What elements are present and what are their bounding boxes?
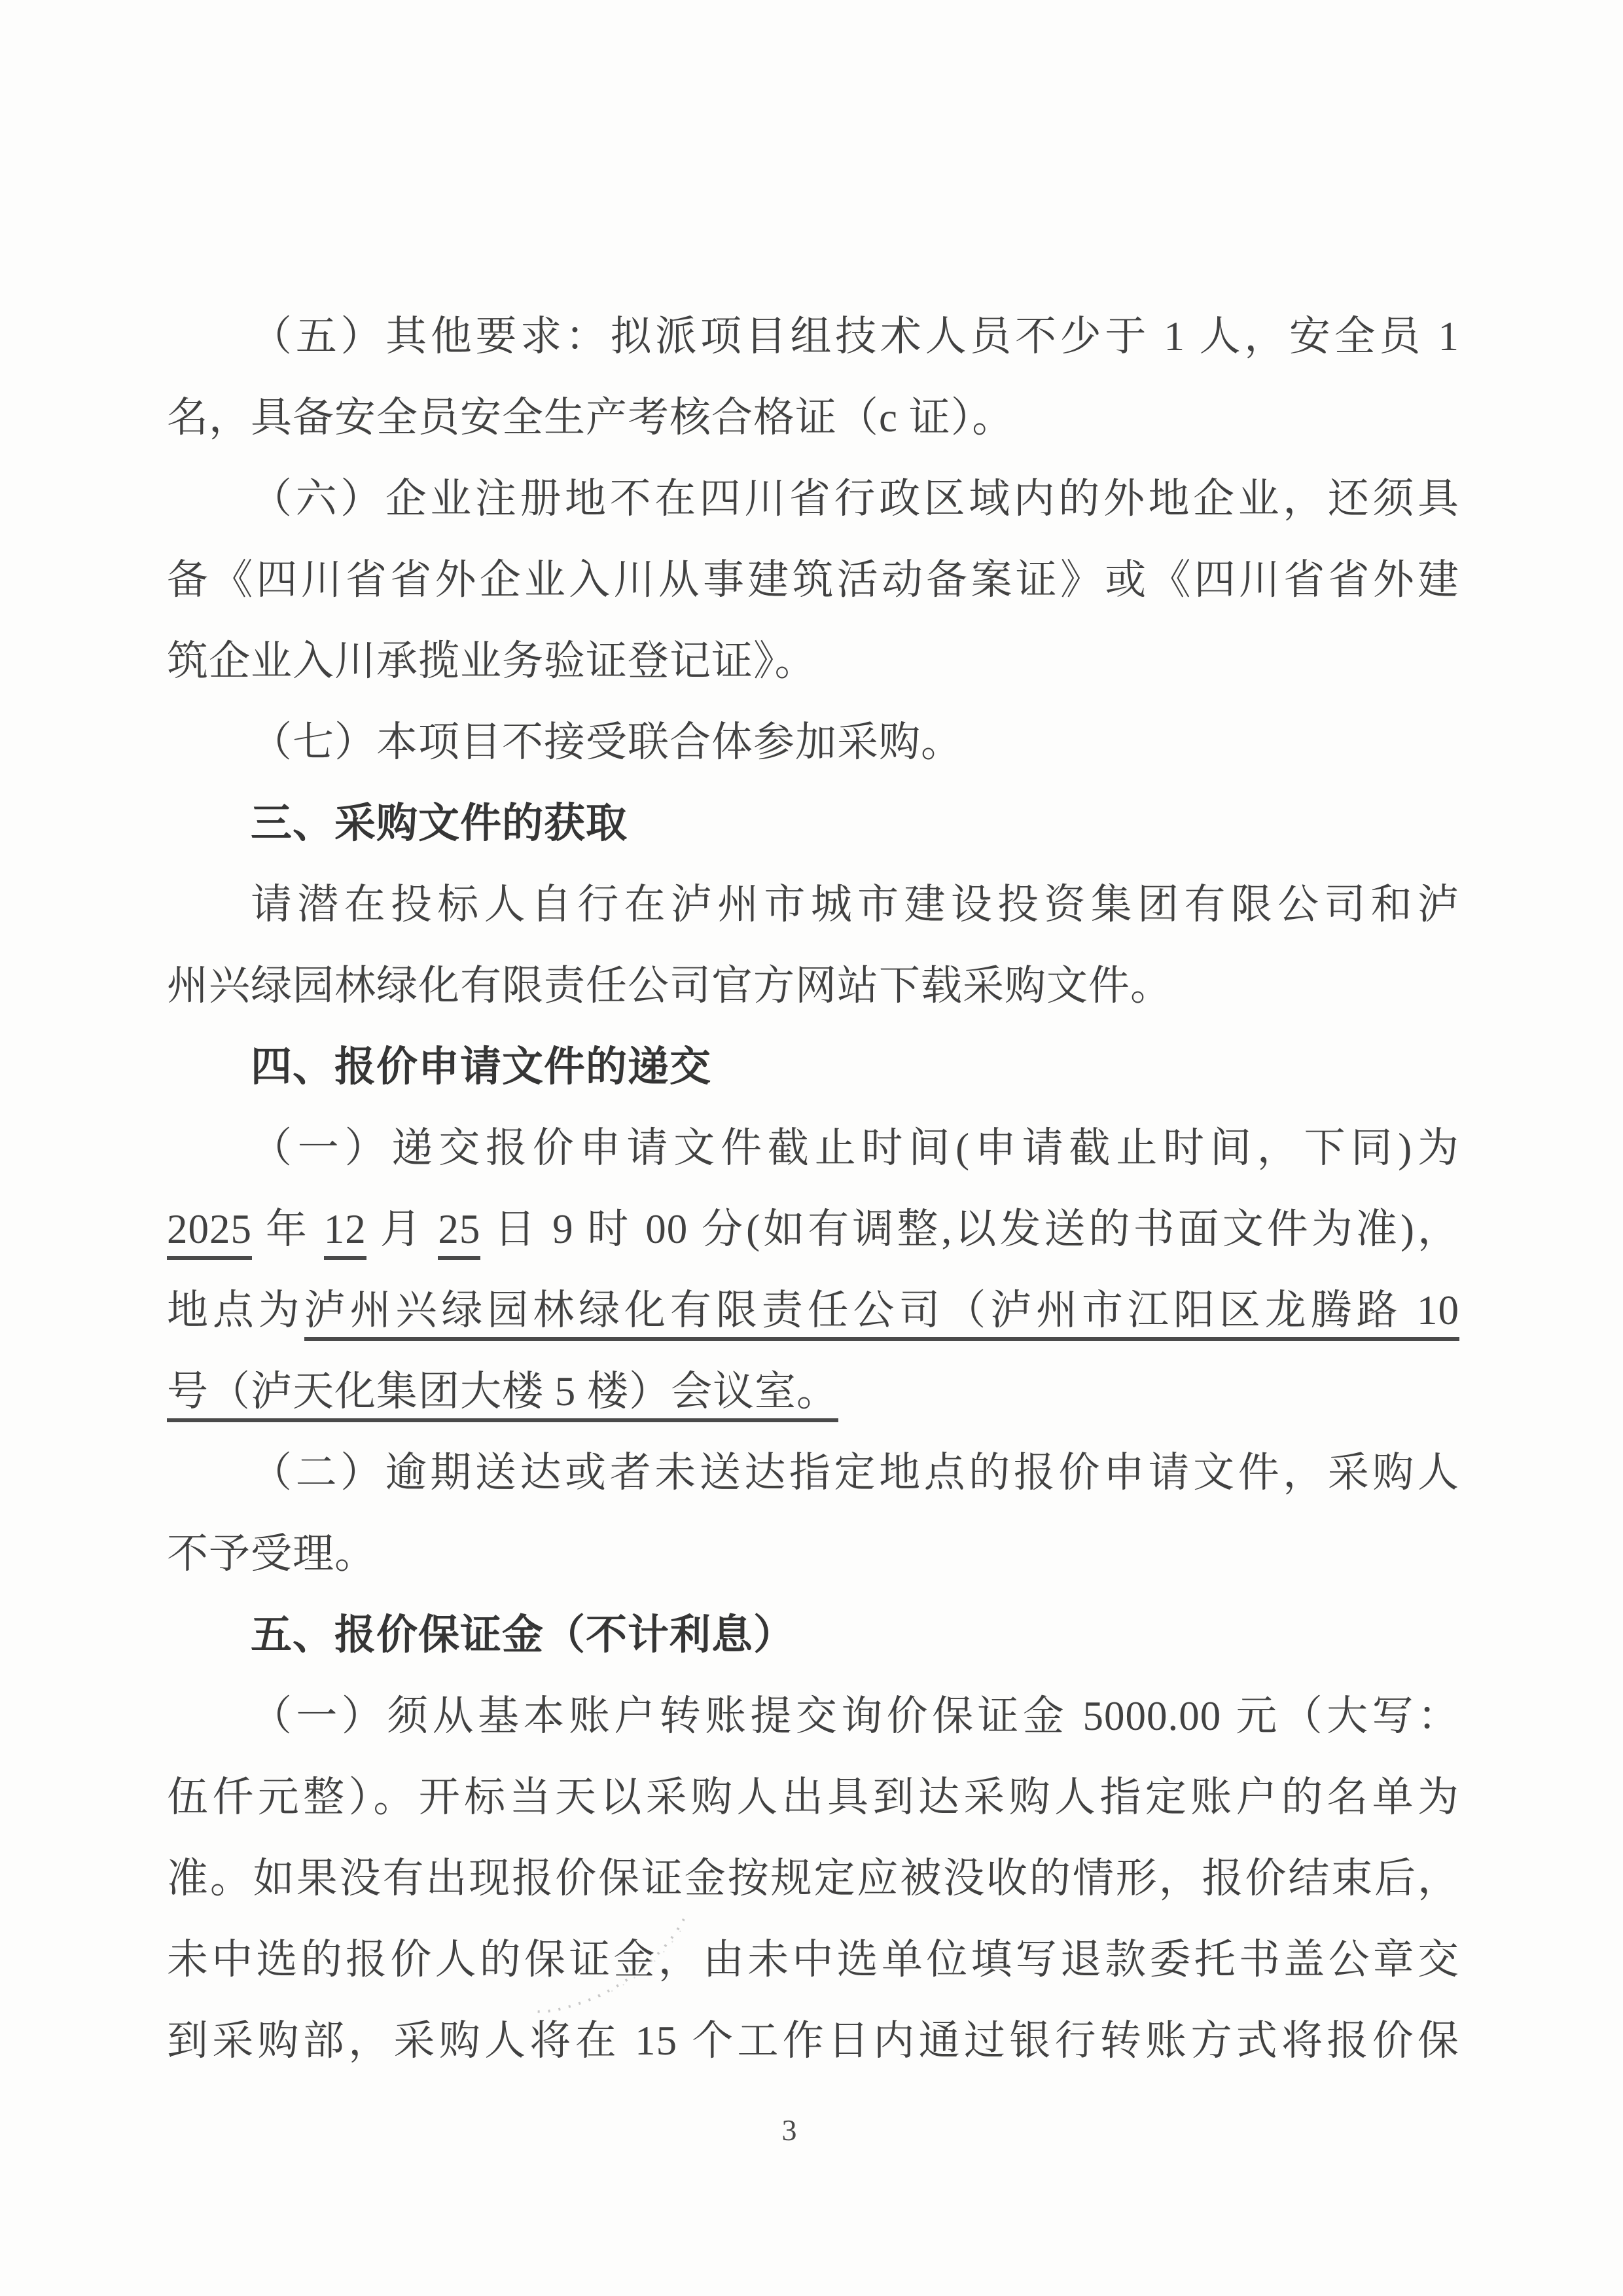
section-heading: 五、报价保证金（不计利息）: [167, 1594, 1459, 1676]
page-number: 3: [0, 2113, 1601, 2147]
text-line: 号（泸天化集团大楼 5 楼）会议室。: [167, 1351, 1459, 1432]
text-segment: 不予受理。: [167, 1531, 376, 1577]
text-segment: 月: [366, 1206, 438, 1252]
text-segment: 四、报价申请文件的递交: [251, 1044, 711, 1090]
text-line: 准。如果没有出现报价保证金按规定应被没收的情形，报价结束后，: [167, 1838, 1459, 1919]
underlined-text: 12: [324, 1206, 366, 1260]
text-line: 地点为泸州兴绿园林绿化有限责任公司（泸州市江阳区龙腾路 10: [167, 1270, 1459, 1351]
text-segment: （一）递交报价申请文件截止时间(申请截止时间，下同)为: [251, 1125, 1459, 1171]
text-line: 名，具备安全员安全生产考核合格证（c 证）。: [167, 377, 1459, 458]
text-line: 州兴绿园林绿化有限责任公司官方网站下载采购文件。: [167, 945, 1459, 1026]
text-segment: 请潜在投标人自行在泸州市城市建设投资集团有限公司和泸: [251, 882, 1459, 927]
text-segment: 备《四川省省外企业入川从事建筑活动备案证》或《四川省省外建: [167, 557, 1459, 603]
underlined-text: 25: [438, 1206, 480, 1260]
text-line: 未中选的报价人的保证金，由未中选单位填写退款委托书盖公章交: [167, 1919, 1459, 2000]
text-line: 筑企业入川承揽业务验证登记证》。: [167, 620, 1459, 702]
text-segment: 未中选的报价人的保证金，由未中选单位填写退款委托书盖公章交: [167, 1937, 1459, 1982]
text-segment: 伍仟元整）。开标当天以采购人出具到达采购人指定账户的名单为: [167, 1774, 1459, 1820]
text-line: （一）递交报价申请文件截止时间(申请截止时间，下同)为: [167, 1107, 1459, 1189]
text-line: 请潜在投标人自行在泸州市城市建设投资集团有限公司和泸: [167, 864, 1459, 945]
text-segment: （七）本项目不接受联合体参加采购。: [251, 719, 963, 765]
text-line: 备《四川省省外企业入川从事建筑活动备案证》或《四川省省外建: [167, 539, 1459, 620]
text-segment: 年: [252, 1206, 324, 1252]
text-segment: （六）企业注册地不在四川省行政区域内的外地企业，还须具: [251, 476, 1459, 522]
text-line: （一）须从基本账户转账提交询价保证金 5000.00 元（大写：: [167, 1676, 1459, 1757]
section-heading: 三、采购文件的获取: [167, 783, 1459, 864]
document-body: （五）其他要求：拟派项目组技术人员不少于 1 人，安全员 1名，具备安全员安全生…: [167, 296, 1459, 2081]
text-segment: 三、采购文件的获取: [251, 800, 628, 846]
section-heading: 四、报价申请文件的递交: [167, 1026, 1459, 1107]
text-segment: 名，具备安全员安全生产考核合格证（c 证）。: [167, 395, 1014, 440]
text-line: 伍仟元整）。开标当天以采购人出具到达采购人指定账户的名单为: [167, 1757, 1459, 1838]
text-segment: 到采购部，采购人将在 15 个工作日内通过银行转账方式将报价保: [167, 2018, 1459, 2064]
text-segment: 地点为: [167, 1287, 304, 1333]
text-line: （七）本项目不接受联合体参加采购。: [167, 702, 1459, 783]
text-line: （六）企业注册地不在四川省行政区域内的外地企业，还须具: [167, 458, 1459, 539]
text-segment: 筑企业入川承揽业务验证登记证》。: [167, 638, 817, 684]
text-segment: （一）须从基本账户转账提交询价保证金 5000.00 元（大写：: [251, 1693, 1459, 1739]
text-line: （五）其他要求：拟派项目组技术人员不少于 1 人，安全员 1: [167, 296, 1459, 377]
text-line: 到采购部，采购人将在 15 个工作日内通过银行转账方式将报价保: [167, 2000, 1459, 2081]
text-segment: 五、报价保证金（不计利息）: [251, 1612, 795, 1658]
text-segment: 州兴绿园林绿化有限责任公司官方网站下载采购文件。: [167, 963, 1172, 1009]
text-segment: 日 9 时 00 分(如有调整,以发送的书面文件为准)，: [480, 1206, 1459, 1252]
text-segment: （五）其他要求：拟派项目组技术人员不少于 1 人，安全员 1: [251, 314, 1459, 359]
underlined-text: 泸州兴绿园林绿化有限责任公司（泸州市江阳区龙腾路 10: [304, 1287, 1459, 1341]
text-line: 不予受理。: [167, 1513, 1459, 1594]
underlined-text: 号（泸天化集团大楼 5 楼）会议室。: [167, 1369, 838, 1422]
text-segment: 准。如果没有出现报价保证金按规定应被没收的情形，报价结束后，: [167, 1856, 1459, 1901]
underlined-text: 2025: [167, 1206, 252, 1260]
document-page: （五）其他要求：拟派项目组技术人员不少于 1 人，安全员 1名，具备安全员安全生…: [0, 0, 1623, 2296]
text-segment: （二）逾期送达或者未送达指定地点的报价申请文件，采购人: [251, 1450, 1459, 1496]
text-line: 2025 年 12 月 25 日 9 时 00 分(如有调整,以发送的书面文件为…: [167, 1189, 1459, 1270]
text-line: （二）逾期送达或者未送达指定地点的报价申请文件，采购人: [167, 1432, 1459, 1513]
